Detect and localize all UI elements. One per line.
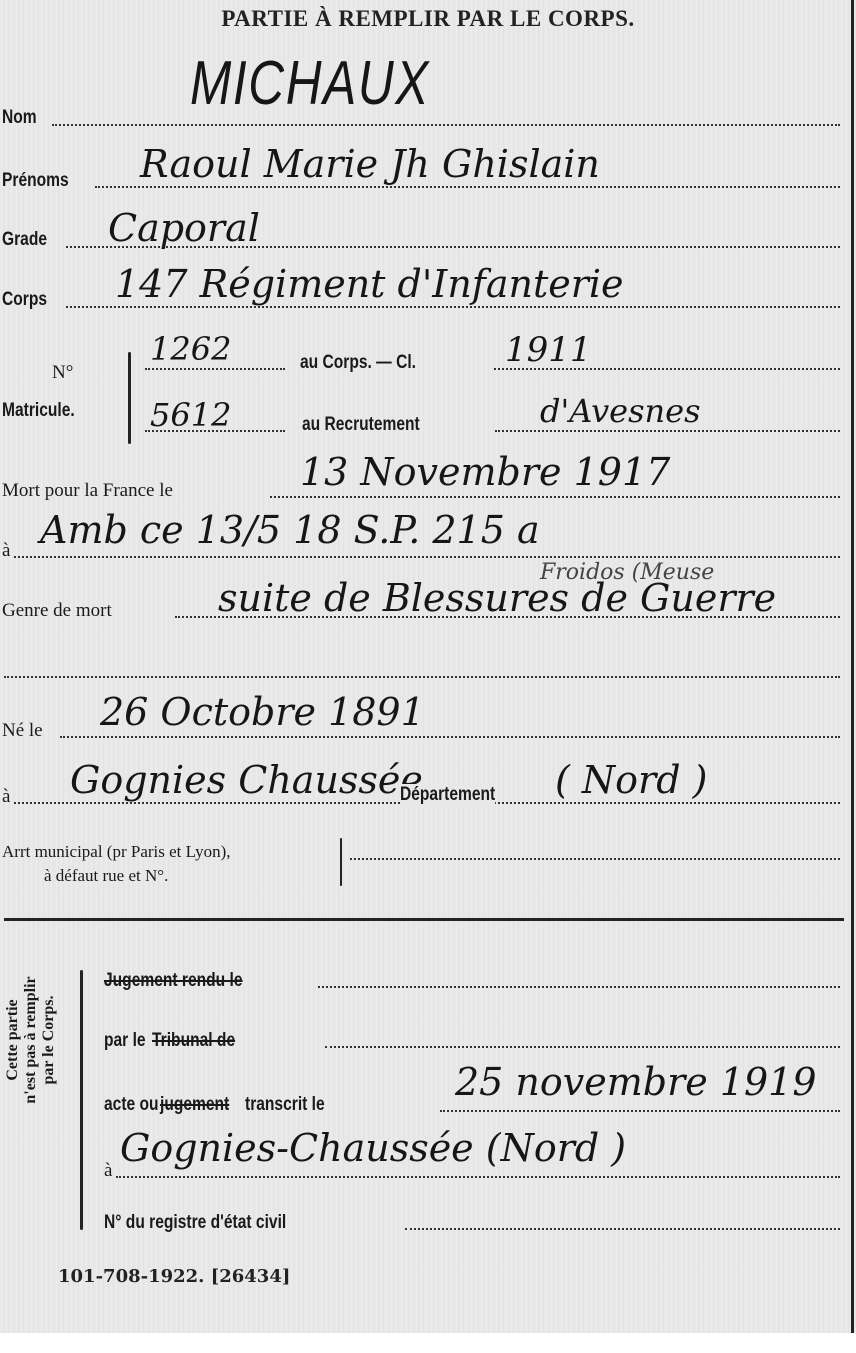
au-recrutement-label: au Recrutement: [302, 414, 420, 436]
corps-value: 147 Régiment d'Infanterie: [115, 262, 624, 306]
corps-number-value: 1262: [150, 330, 231, 368]
transcrit-line: [440, 1110, 840, 1112]
genre-mort-label: Genre de mort: [2, 600, 112, 622]
transcrit-label-prefix: acte ou: [104, 1094, 159, 1116]
mort-value: 13 Novembre 1917: [300, 450, 670, 494]
recrutement-place-value: d'Avesnes: [540, 392, 701, 430]
corps-line: [66, 306, 840, 308]
death-record-card: PARTIE À REMPLIR PAR LE CORPS. Nom MICHA…: [0, 0, 856, 1333]
corps-number-line: [145, 368, 285, 370]
tribunal-label-struck: Tribunal de: [152, 1030, 235, 1052]
lower-section-brace: [80, 970, 83, 1230]
matricule-no-label: N°: [52, 362, 73, 384]
departement-value: ( Nord ): [555, 758, 707, 802]
prenoms-value: Raoul Marie Jh Ghislain: [140, 142, 600, 186]
lieu-transcrit-value: Gognies-Chaussée (Nord ): [120, 1126, 626, 1170]
tribunal-line: [325, 1046, 840, 1048]
matricule-label: Matricule.: [2, 400, 75, 422]
recrutement-number-value: 5612: [150, 396, 231, 434]
departement-label: Département: [400, 784, 495, 806]
au-corps-label: au Corps. — Cl.: [300, 352, 416, 374]
card-edge: [851, 0, 854, 1333]
grade-value: Caporal: [108, 206, 260, 250]
naissance-label: Né le: [2, 720, 43, 742]
grade-label: Grade: [2, 229, 47, 251]
lieu-mort-line: [14, 556, 840, 558]
transcrit-label-suffix: transcrit le: [245, 1094, 325, 1116]
naissance-value: 26 Octobre 1891: [100, 690, 425, 734]
lieu-mort-value: Amb ce 13/5 18 S.P. 215 a: [40, 508, 540, 552]
nom-value: MICHAUX: [190, 48, 430, 119]
lieu-naissance-label: à: [2, 786, 10, 808]
lieu-naissance-value: Gognies Chaussée: [70, 758, 423, 802]
arrondissement-label-1: Arrt municipal (pr Paris et Lyon),: [2, 842, 231, 862]
transcrit-value: 25 novembre 1919: [455, 1060, 817, 1104]
arrondissement-label-2: à défaut rue et N°.: [44, 866, 168, 886]
blank-line: [4, 676, 840, 678]
genre-mort-value: suite de Blessures de Guerre: [218, 576, 776, 620]
nom-line: [52, 124, 840, 126]
section-divider: [4, 918, 844, 921]
prenoms-label: Prénoms: [2, 170, 69, 192]
mort-line: [270, 496, 840, 498]
form-header: PARTIE À REMPLIR PAR LE CORPS.: [0, 6, 856, 32]
tribunal-label-prefix: par le: [104, 1030, 146, 1052]
side-note-line1: Cette partie: [4, 920, 22, 1160]
mort-label: Mort pour la France le: [2, 480, 173, 502]
registre-label: N° du registre d'état civil: [104, 1212, 286, 1234]
lieu-mort-label: à: [2, 540, 10, 562]
lieu-transcrit-label: à: [104, 1160, 112, 1182]
arrondissement-brace: [340, 838, 342, 886]
print-reference: 101-708-1922. [26434]: [58, 1266, 290, 1287]
recrutement-place-line: [495, 430, 840, 432]
registre-line: [405, 1228, 840, 1230]
prenoms-line: [95, 186, 840, 188]
jugement-line: [318, 986, 840, 988]
nom-label: Nom: [2, 107, 37, 129]
side-note-line2: n'est pas à remplir: [22, 920, 40, 1160]
matricule-brace: [128, 352, 131, 444]
side-note-line3: par le Corps.: [40, 920, 58, 1160]
naissance-line: [60, 736, 840, 738]
arrondissement-line: [350, 858, 840, 860]
lieu-transcrit-line: [116, 1176, 840, 1178]
classe-value: 1911: [505, 330, 592, 370]
transcrit-label-struck: jugement: [160, 1094, 229, 1116]
corps-label: Corps: [2, 289, 47, 311]
jugement-label: Jugement rendu le: [104, 970, 243, 992]
